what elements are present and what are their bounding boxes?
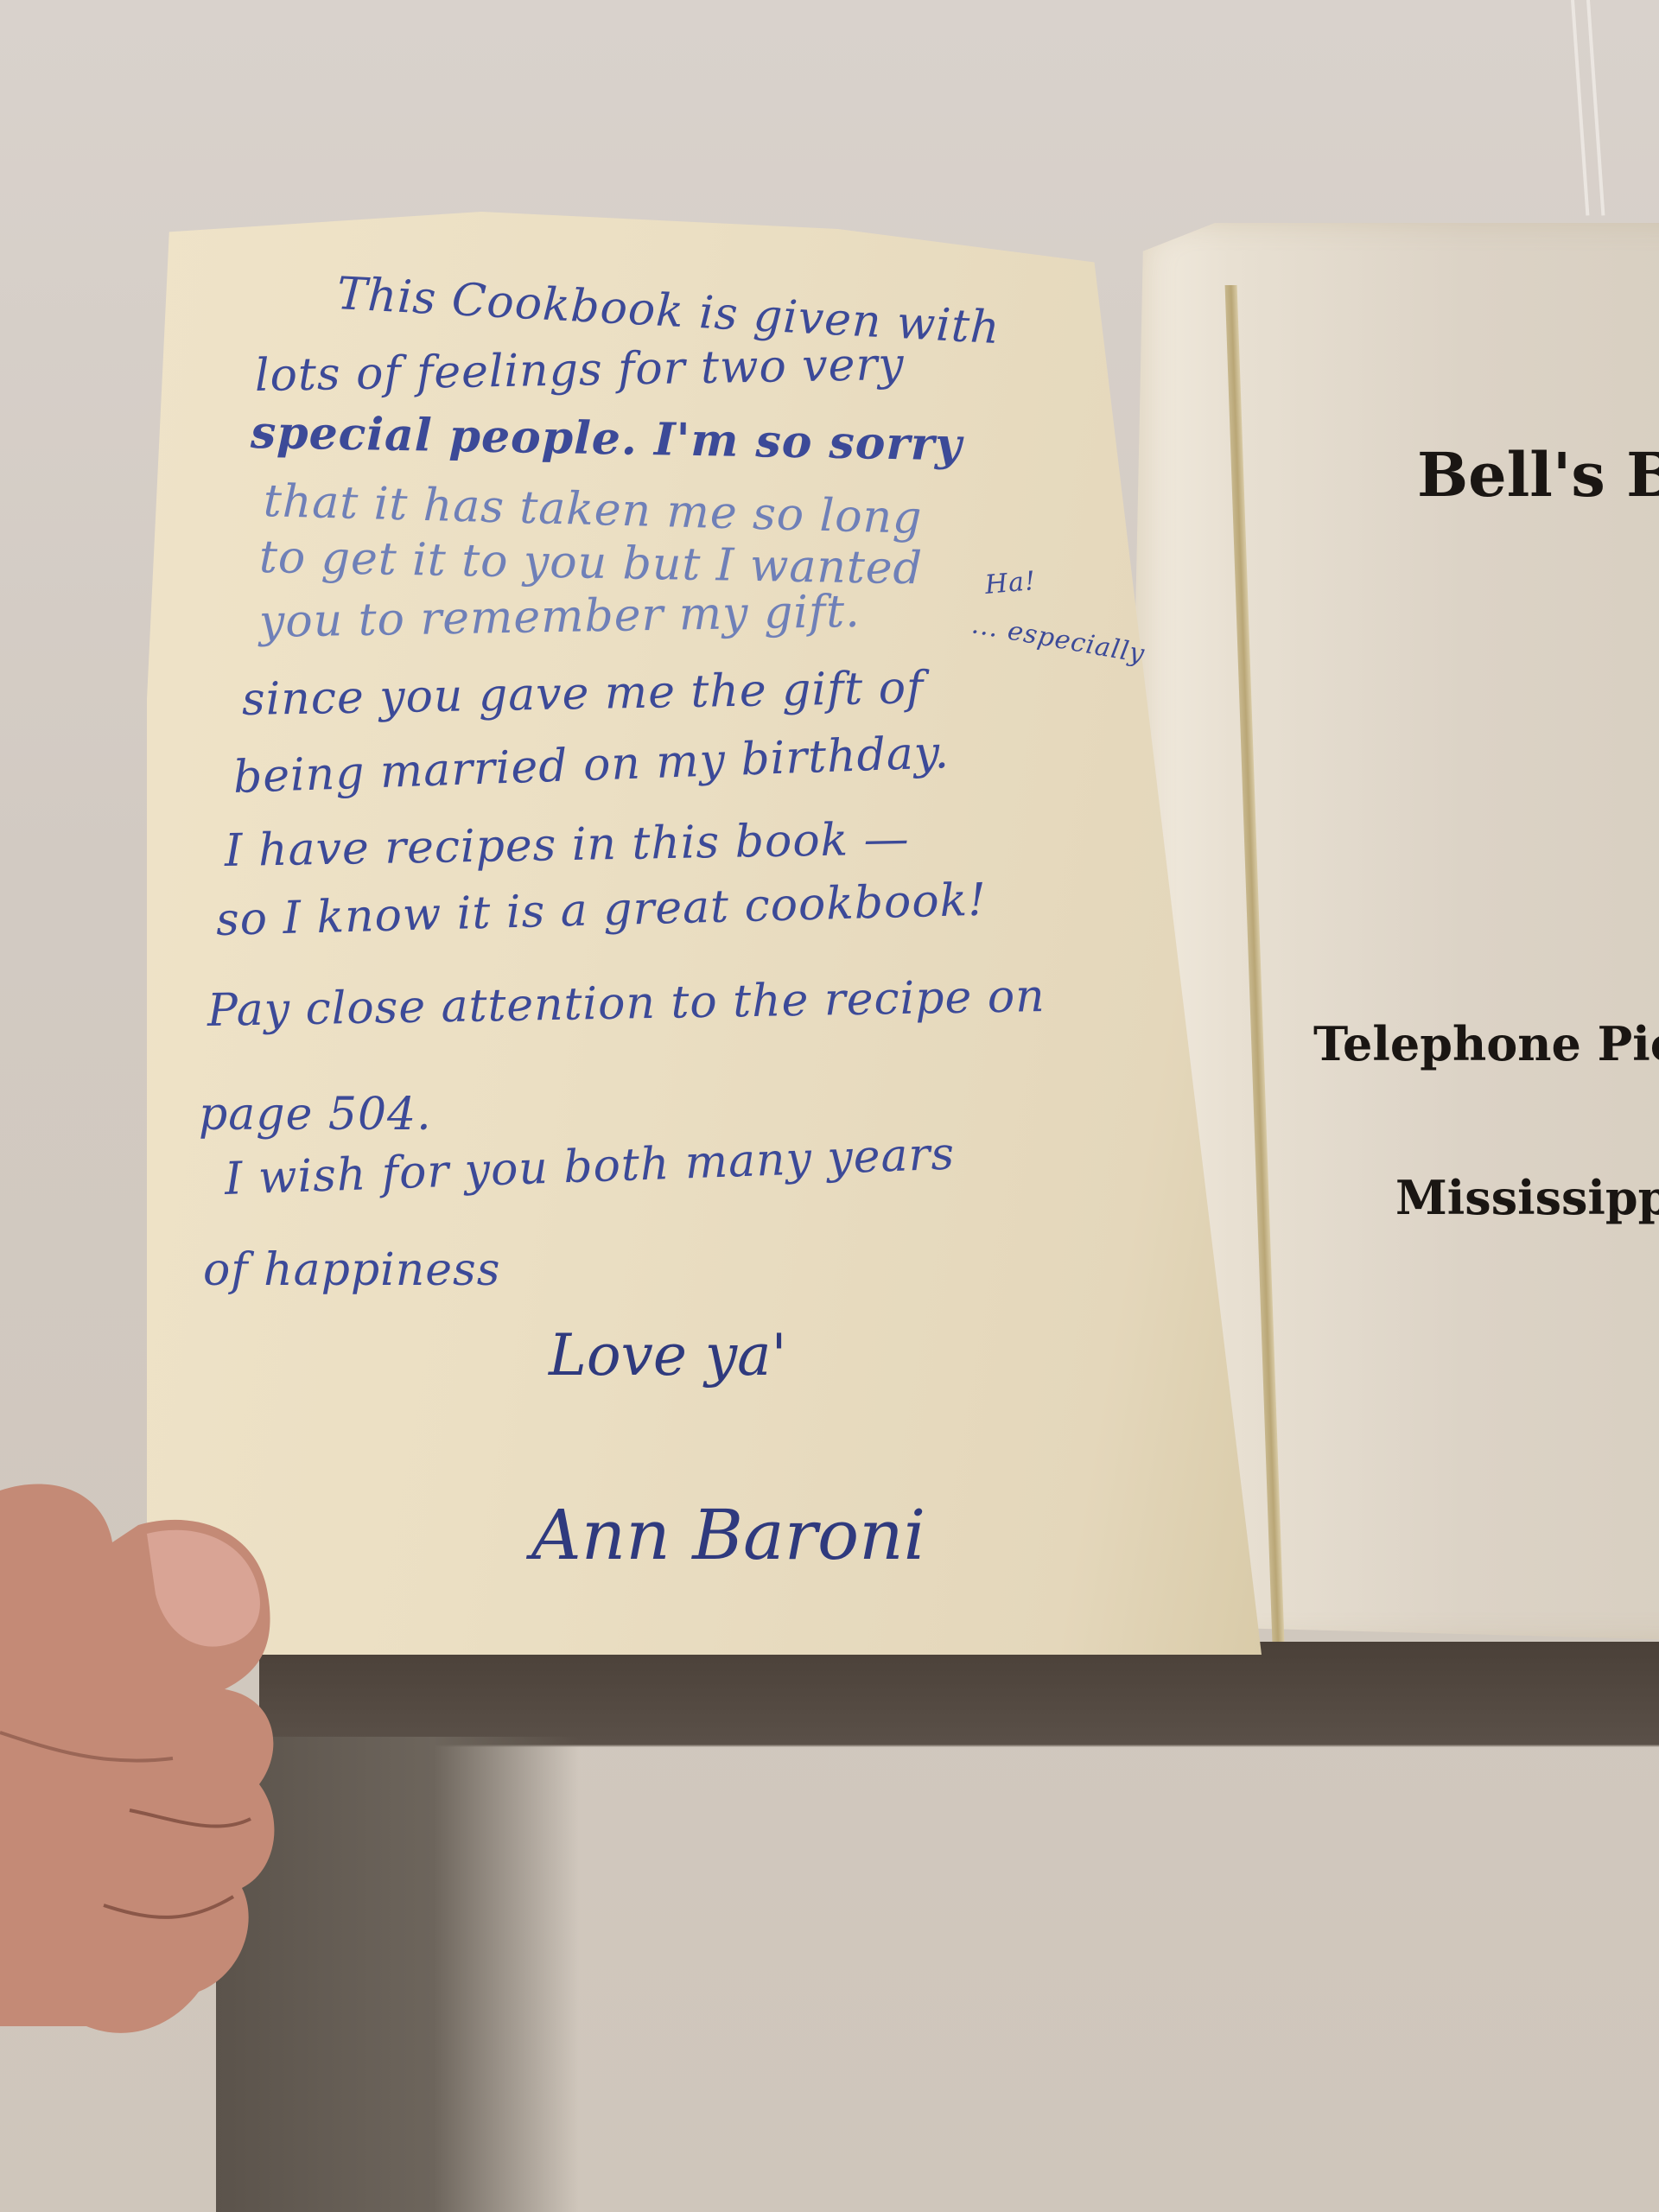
cord xyxy=(1586,0,1605,216)
book-subtitle-state: Mississippi xyxy=(1395,1170,1659,1225)
book-subtitle-organization: Telephone Pioneers xyxy=(1313,1016,1659,1071)
signature: Ann Baroni xyxy=(531,1495,925,1575)
inscription-line: you to remember my gift. xyxy=(258,586,861,648)
cord xyxy=(1571,0,1589,216)
inscription-annotation: Ha! xyxy=(983,566,1037,601)
book-title: Bell's Best xyxy=(1417,439,1659,511)
inscription-line: page 504. xyxy=(199,1089,432,1141)
hand xyxy=(0,1473,346,2078)
inscription-line: of happiness xyxy=(203,1244,500,1296)
closing: Love ya' xyxy=(549,1322,787,1389)
